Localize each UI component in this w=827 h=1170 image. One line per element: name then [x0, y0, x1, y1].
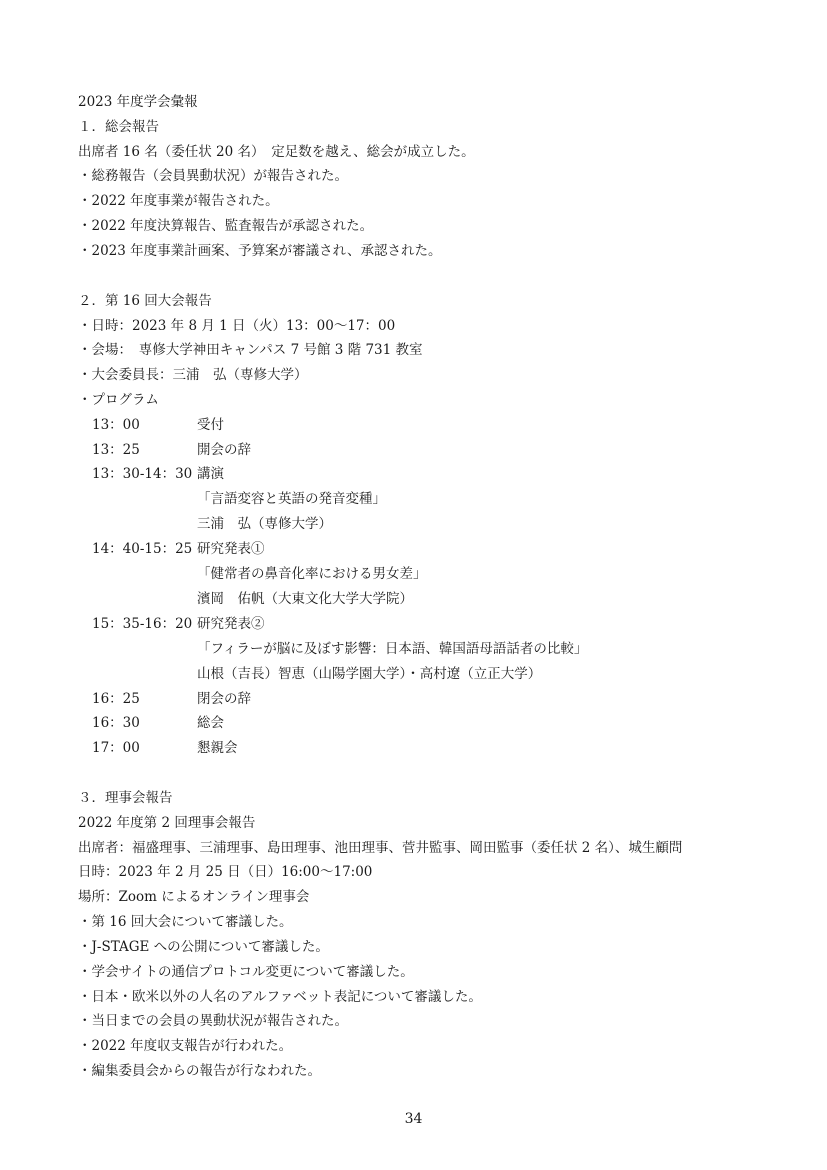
program-time: 13：25 — [92, 440, 197, 460]
program-event: 総会 — [197, 715, 224, 731]
section3-place: 場所：Zoom によるオンライン理事会 — [78, 887, 309, 907]
list-item: ・総務報告（会員異動状況）が報告された。 — [78, 166, 348, 186]
program-row: 15：35-16：20研究発表② — [92, 614, 265, 634]
section3-subheading: 2022 年度第 2 回理事会報告 — [78, 813, 255, 833]
program-event: 研究発表② — [197, 616, 265, 632]
program-label: ・プログラム — [78, 390, 159, 410]
section2-heading: ２．第 16 回大会報告 — [78, 291, 212, 311]
section3-attendees: 出席者：福盛理事、三浦理事、島田理事、池田理事、菅井監事、岡田監事（委任状 2 … — [78, 838, 682, 858]
section1-attendance: 出席者 16 名（委任状 20 名） 定足数を越え、総会が成立した。 — [78, 142, 475, 162]
program-row: 17：00懇親会 — [92, 738, 238, 758]
list-item: ・日本・欧米以外の人名のアルファベット表記について審議した。 — [78, 987, 482, 1007]
list-item: ・2023 年度事業計画案、予算案が審議され、承認された。 — [78, 241, 441, 261]
program-event: 受付 — [197, 417, 224, 433]
program-title: 「言語変容と英語の発音変種」 — [197, 489, 386, 509]
list-item: ・編集委員会からの報告が行なわれた。 — [78, 1061, 321, 1081]
program-event: 懇親会 — [197, 740, 238, 756]
program-time: 15：35-16：20 — [92, 614, 197, 634]
program-speaker: 濱岡 佑帆（大東文化大学大学院） — [197, 589, 413, 609]
program-event: 講演 — [197, 466, 224, 482]
program-time: 14：40-15：25 — [92, 539, 197, 559]
program-row: 13：00受付 — [92, 415, 224, 435]
program-row: 13：30-14：30講演 — [92, 464, 224, 484]
program-time: 13：30-14：30 — [92, 464, 197, 484]
program-time: 13：00 — [92, 415, 197, 435]
program-speaker: 三浦 弘（専修大学） — [197, 514, 332, 534]
program-title: 「フィラーが脳に及ぼす影響：日本語、韓国語母語話者の比較」 — [197, 639, 587, 659]
section3-heading: ３．理事会報告 — [78, 788, 173, 808]
list-item: ・第 16 回大会について審議した。 — [78, 912, 293, 932]
list-item: ・当日までの会員の異動状況が報告された。 — [78, 1011, 348, 1031]
list-item: ・2022 年度収支報告が行われた。 — [78, 1036, 292, 1056]
program-event: 研究発表① — [197, 541, 265, 557]
list-item: ・2022 年度決算報告、監査報告が承認された。 — [78, 216, 373, 236]
page-title: 2023 年度学会彙報 — [78, 92, 198, 112]
program-row: 14：40-15：25研究発表① — [92, 539, 265, 559]
program-event: 開会の辞 — [197, 442, 251, 458]
page-number: 34 — [0, 1111, 827, 1127]
program-row: 16：30総会 — [92, 713, 224, 733]
program-row: 16：25閉会の辞 — [92, 689, 251, 709]
program-event: 閉会の辞 — [197, 691, 251, 707]
section1-heading: １．総会報告 — [78, 117, 159, 137]
program-speaker: 山根（吉長）智恵（山陽学園大学）・高村遼（立正大学） — [197, 664, 541, 684]
list-item: ・2022 年度事業が報告された。 — [78, 191, 279, 211]
list-item: ・学会サイトの通信プロトコル変更について審議した。 — [78, 962, 414, 982]
section2-venue: ・会場： 専修大学神田キャンパス 7 号館 3 階 731 教室 — [78, 340, 423, 360]
section3-datetime: 日時：2023 年 2 月 25 日（日）16:00～17:00 — [78, 862, 372, 882]
program-title: 「健常者の鼻音化率における男女差」 — [197, 564, 427, 584]
program-row: 13：25開会の辞 — [92, 440, 251, 460]
program-time: 17：00 — [92, 738, 197, 758]
program-time: 16：25 — [92, 689, 197, 709]
section2-chair: ・大会委員長：三浦 弘（専修大学） — [78, 365, 308, 385]
program-time: 16：30 — [92, 713, 197, 733]
section2-datetime: ・日時：2023 年 8 月 1 日（火）13：00～17：00 — [78, 316, 395, 336]
list-item: ・J-STAGE への公開について審議した。 — [78, 937, 329, 957]
